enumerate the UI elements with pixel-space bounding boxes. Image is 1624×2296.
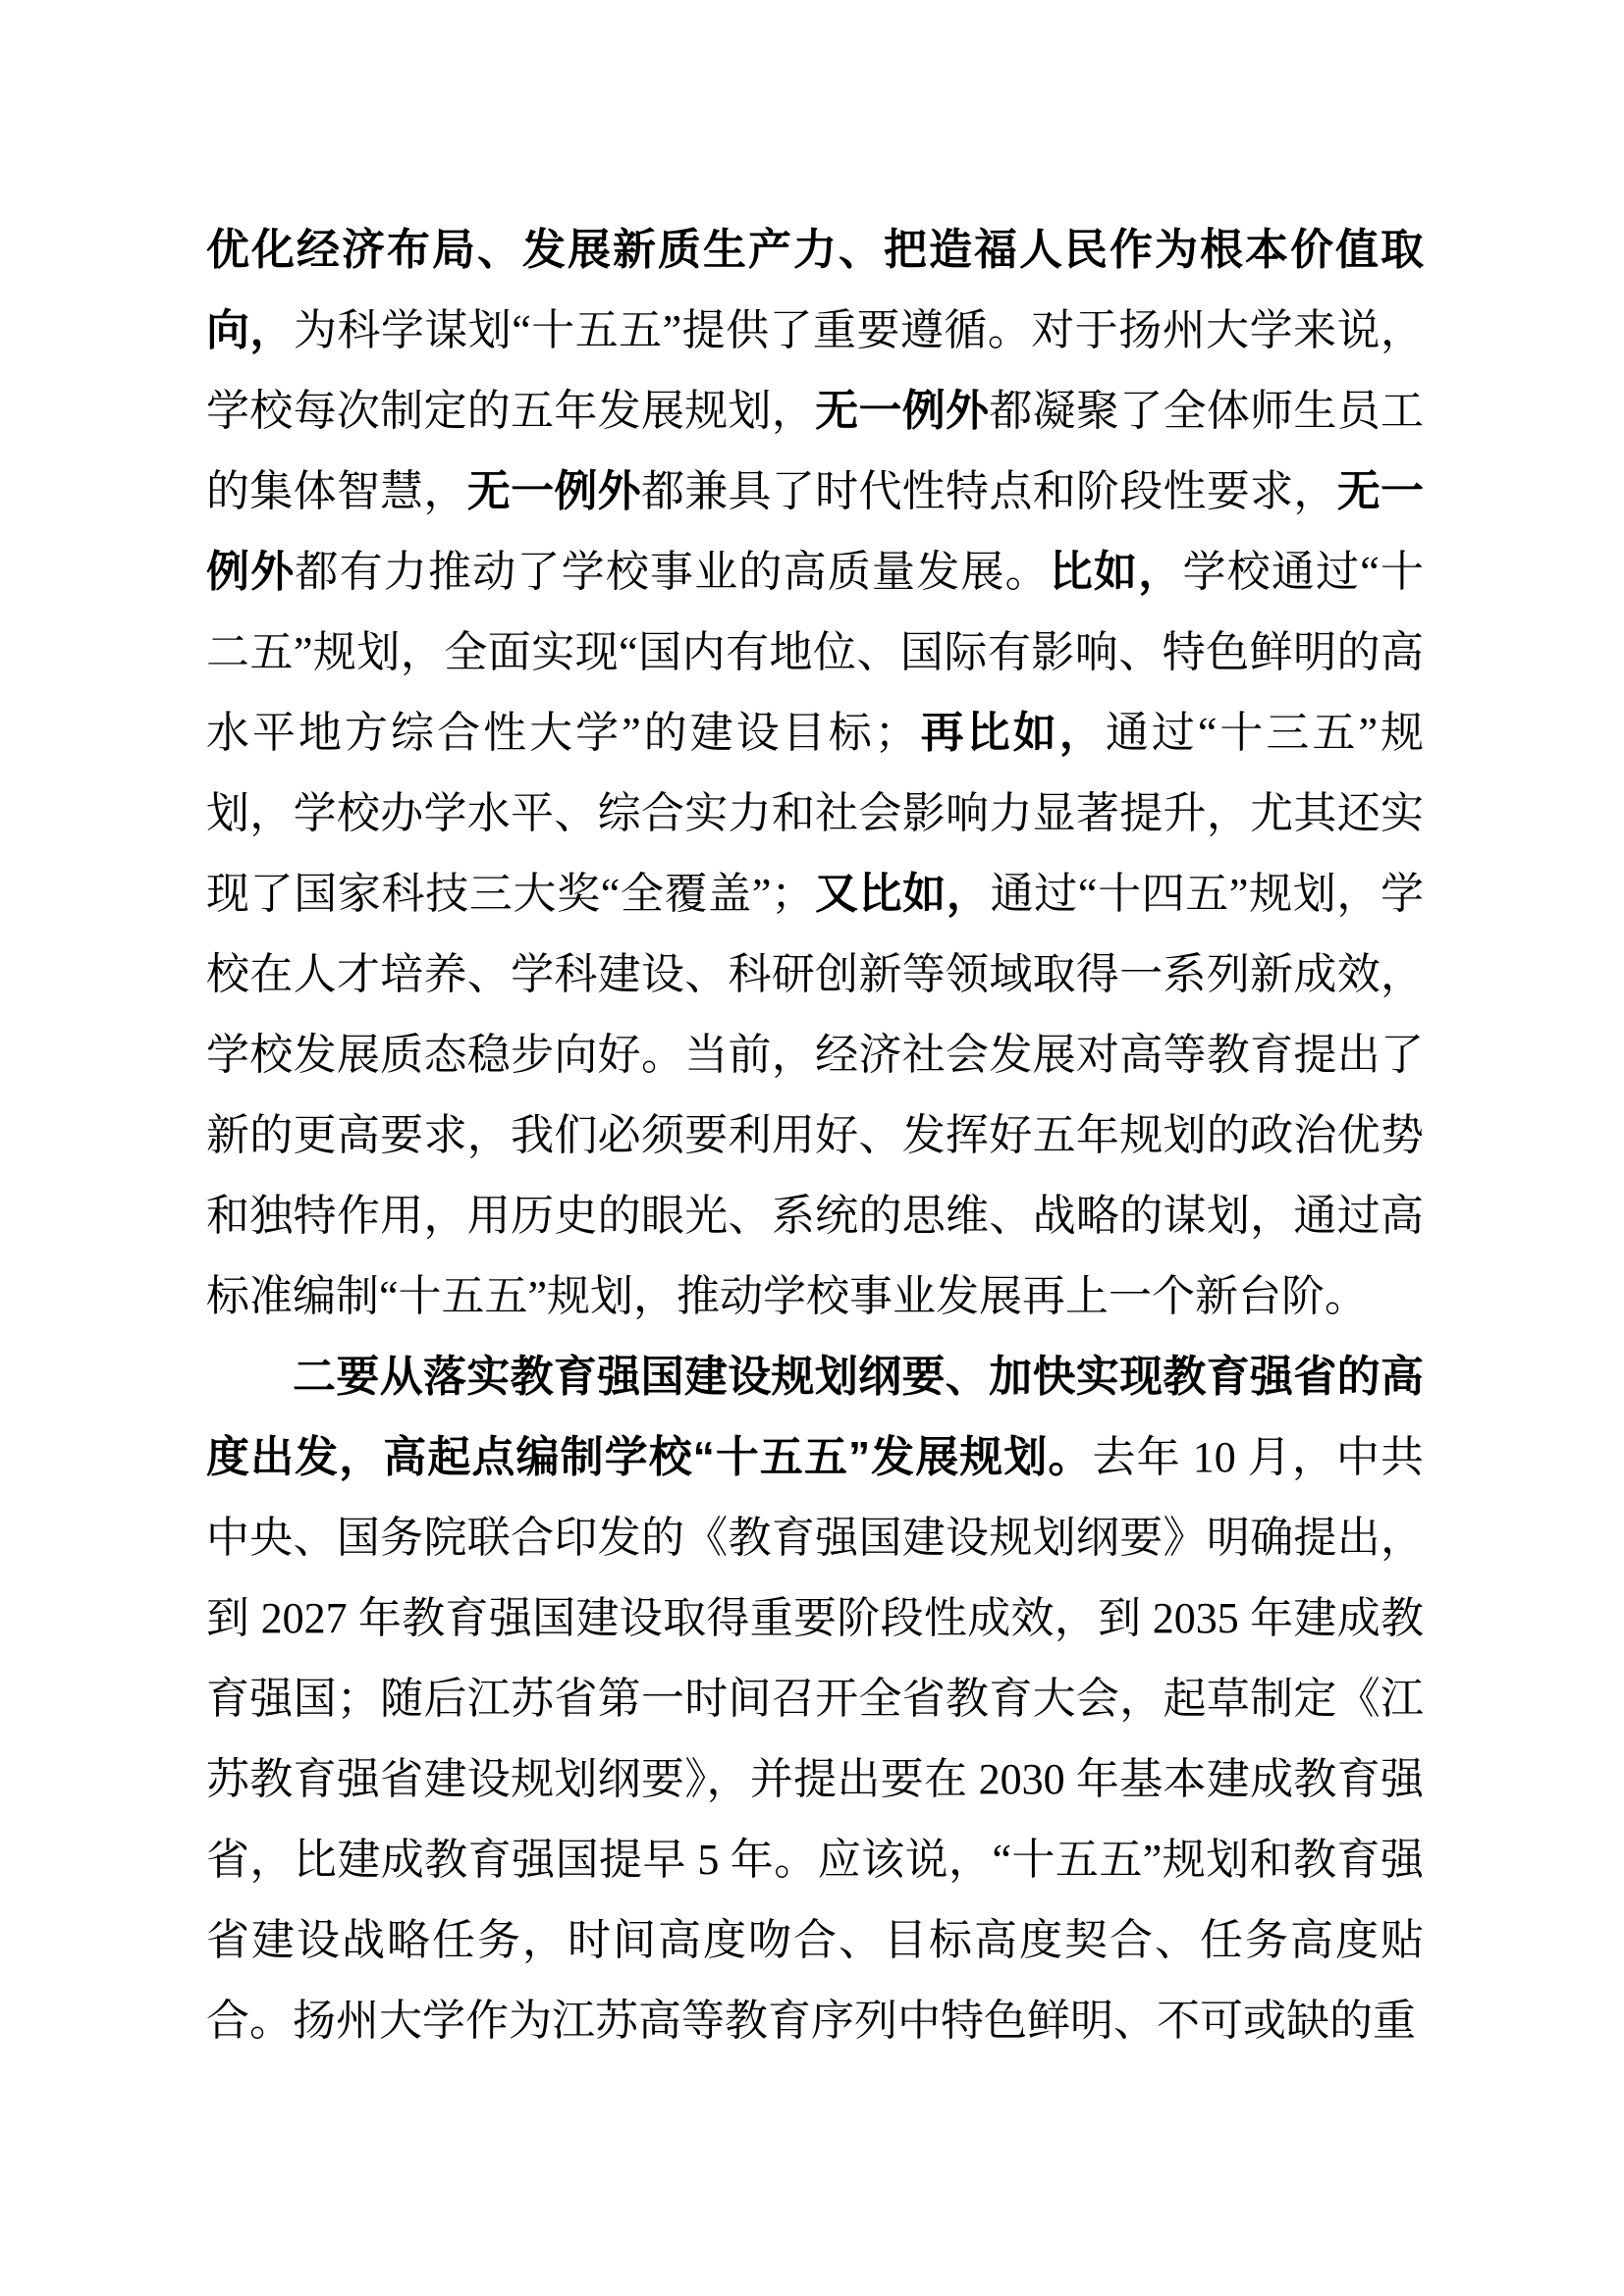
text-run: 通过“十四五”规划，学校在人才培养、学科建设、科研创新等领域取得一系列新成效，学…	[206, 870, 1424, 1320]
document-page: 优化经济布局、发展新质生产力、把造福人民作为根本价值取向，为科学谋划“十五五”提…	[0, 0, 1624, 2296]
text-run: 无一例外	[815, 387, 989, 435]
text-run: 都有力推动了学校事业的高质量发展。	[295, 548, 1049, 596]
text-run: 无一例外	[467, 467, 641, 515]
text-run: 比如，	[1050, 548, 1183, 596]
text-run: 去年 10 月，中共中央、国务院联合印发的《教育强国建设规划纲要》明确提出，到 …	[206, 1433, 1424, 2045]
paragraph-1: 优化经济布局、发展新质生产力、把造福人民作为根本价值取向，为科学谋划“十五五”提…	[206, 210, 1424, 1337]
text-run: 都兼具了时代性特点和阶段性要求，	[641, 467, 1337, 515]
text-run: 再比如，	[918, 709, 1106, 757]
paragraph-2: 二要从落实教育强国建设规划纲要、加快实现教育强省的高度出发，高起点编制学校“十五…	[206, 1337, 1424, 2061]
document-text-block: 优化经济布局、发展新质生产力、把造福人民作为根本价值取向，为科学谋划“十五五”提…	[206, 210, 1424, 2061]
text-run: 又比如，	[814, 870, 990, 918]
